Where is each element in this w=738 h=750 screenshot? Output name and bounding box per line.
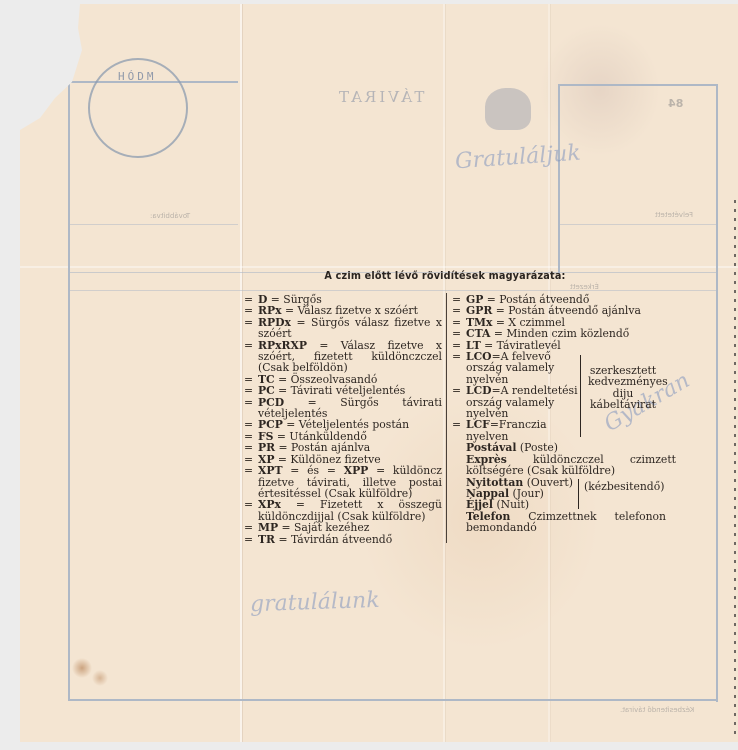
show-through-label: Felvétetett <box>655 211 693 219</box>
telegram-form-sheet: HÓDM TÁVIRAT 84 Továbbítva: Felvétetett … <box>0 0 738 750</box>
legend-entry: =XPT = és = XPP = küldöncz fizetve távir… <box>244 465 442 499</box>
legend-entry: =PCD = Sürgős távirati vételjelentés <box>244 397 442 420</box>
form-border <box>68 81 70 701</box>
fold-line <box>443 4 445 742</box>
postmark-stamp: HÓDM <box>88 58 188 158</box>
legend-entry: =RPxRXP = Válasz fizetve x szóért, fizet… <box>244 340 442 374</box>
brace <box>580 355 581 437</box>
form-border <box>68 290 718 291</box>
brace <box>578 479 579 509</box>
legend-right-column: =GP = Postán átveendő =GPR = Postán átve… <box>452 294 680 534</box>
delivery-group: Nyitottan (Ouvert) Nappal (Jour) Éjjel (… <box>452 477 680 511</box>
show-through-label: Kézbesítendő távirat. <box>620 706 694 714</box>
show-through-label: Továbbítva: <box>150 212 190 220</box>
form-border <box>560 224 716 225</box>
cable-telegram-group: =LCO=A felvevő ország valamely nyelvén =… <box>452 351 680 442</box>
form-title: TÁVIRAT <box>336 88 424 106</box>
legend-left-column: =D = Sürgős =RPx = Válasz fizetve x szóé… <box>244 294 442 545</box>
handwriting: Gratuláljuk <box>454 141 581 175</box>
delivery-entry: Éjjel (Nuit) <box>466 499 680 510</box>
expres-entry: Exprès küldönczczel czimzett költségére … <box>452 454 676 477</box>
handwriting: gratulálunk <box>250 588 380 618</box>
legend-title: A czim előtt lévő rövidítések magyarázat… <box>316 270 574 282</box>
form-border <box>558 84 560 274</box>
fold-line <box>20 266 738 268</box>
delivery-note: (kézbesitendő) <box>584 481 634 492</box>
show-through-label: Érkezett <box>570 283 599 291</box>
telefon-entry: Telefon Czimzettnek telefonon bemondandó <box>452 511 666 534</box>
form-border <box>560 84 718 86</box>
form-border <box>68 699 718 701</box>
form-border <box>716 84 718 702</box>
crest-icon <box>485 88 531 130</box>
legend-entry: =XPx = Fizetett x összegü küldönczdijjal… <box>244 499 442 522</box>
legend-entry: =LCO=A felvevő ország valamely nyelvén <box>452 351 586 385</box>
cable-telegram-note: szerkesztett kedvezményes diju kábeltávi… <box>588 365 658 411</box>
legend-entry: =RPDx = Sürgős válasz fizetve x szóért <box>244 317 442 340</box>
form-border <box>68 224 238 225</box>
column-divider <box>446 293 447 543</box>
legend-entry: =CTA = Minden czim közlendő <box>452 328 680 339</box>
fold-line <box>240 4 242 742</box>
number-print: 84 <box>668 97 683 110</box>
legend-entry: =LCF=Franczia nyelven <box>452 419 586 442</box>
postmark-text: HÓDM <box>118 70 157 83</box>
legend-entry: =TR = Távirdán átveendő <box>244 534 442 545</box>
legend-entry: =LCD=A rendeltetési ország valamely nyel… <box>452 385 586 419</box>
perforation-edge <box>734 200 736 740</box>
